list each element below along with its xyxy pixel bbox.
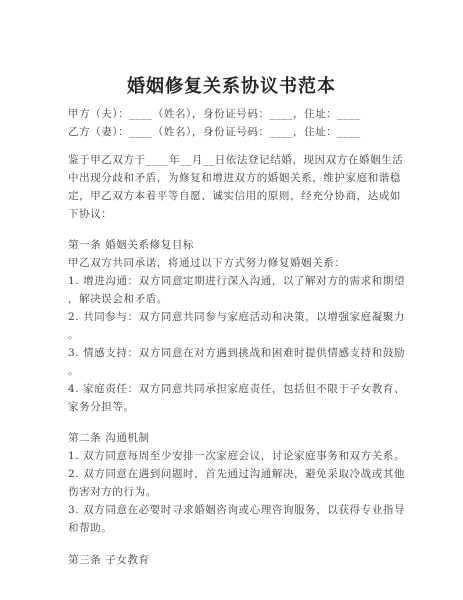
article-1-line: 。 (68, 364, 408, 378)
preamble-line: 中出现分歧和矛盾，为修复和增进双方的婚姻关系，维护家庭和谐稳 (68, 171, 408, 185)
preamble-line: 下协议： (68, 207, 408, 221)
article-1-line: 家务分担等。 (68, 400, 408, 414)
article-1-line: ，解决误会和矛盾。 (68, 292, 408, 306)
article-1-heading: 第一条 婚姻关系修复目标 (68, 238, 408, 252)
article-2-line: 伤害对方的行为。 (68, 485, 408, 499)
article-2-heading: 第二条 沟通机制 (68, 431, 408, 445)
article-1-line: 1. 增进沟通：双方同意定期进行深入沟通，以了解对方的需求和期望 (68, 274, 408, 288)
article-1-line: 2. 共同参与：双方同意共同参与家庭活动和决策，以增强家庭凝聚力 (68, 310, 408, 324)
article-1-line: 。 (68, 328, 408, 342)
preamble-line: 定，甲乙双方本着平等自愿、诚实信用的原则，经充分协商，达成如 (68, 189, 408, 203)
article-2-line: 2. 双方同意在遇到问题时，首先通过沟通解决，避免采取冷战或其他 (68, 467, 408, 481)
article-2-line: 和帮助。 (68, 521, 408, 535)
article-1-line: 3. 情感支持：双方同意在对方遇到挑战和困难时提供情感支持和鼓励 (68, 346, 408, 360)
article-1-line: 4. 家庭责任：双方同意共同承担家庭责任，包括但不限于子女教育、 (68, 382, 408, 396)
party-b-line: 乙方（妻）：____（姓名），身份证号码：____，住址：____ (68, 125, 408, 139)
article-2-line: 3. 双方同意在必要时寻求婚姻咨询或心理咨询服务，以获得专业指导 (68, 503, 408, 517)
article-2-line: 1. 双方同意每周至少安排一次家庭会议，讨论家庭事务和双方关系。 (68, 449, 408, 463)
article-3-heading: 第三条 子女教育 (68, 553, 408, 567)
preamble-line: 鉴于甲乙双方于____年__月__日依法登记结婚，现因双方在婚姻生活 (68, 153, 408, 167)
party-a-line: 甲方（夫）：____（姓名），身份证号码：____，住址：____ (68, 107, 408, 121)
document-title: 婚姻修复关系协议书范本 (0, 72, 463, 98)
article-1-line: 甲乙双方共同承诺，将通过以下方式努力修复婚姻关系： (68, 256, 408, 270)
